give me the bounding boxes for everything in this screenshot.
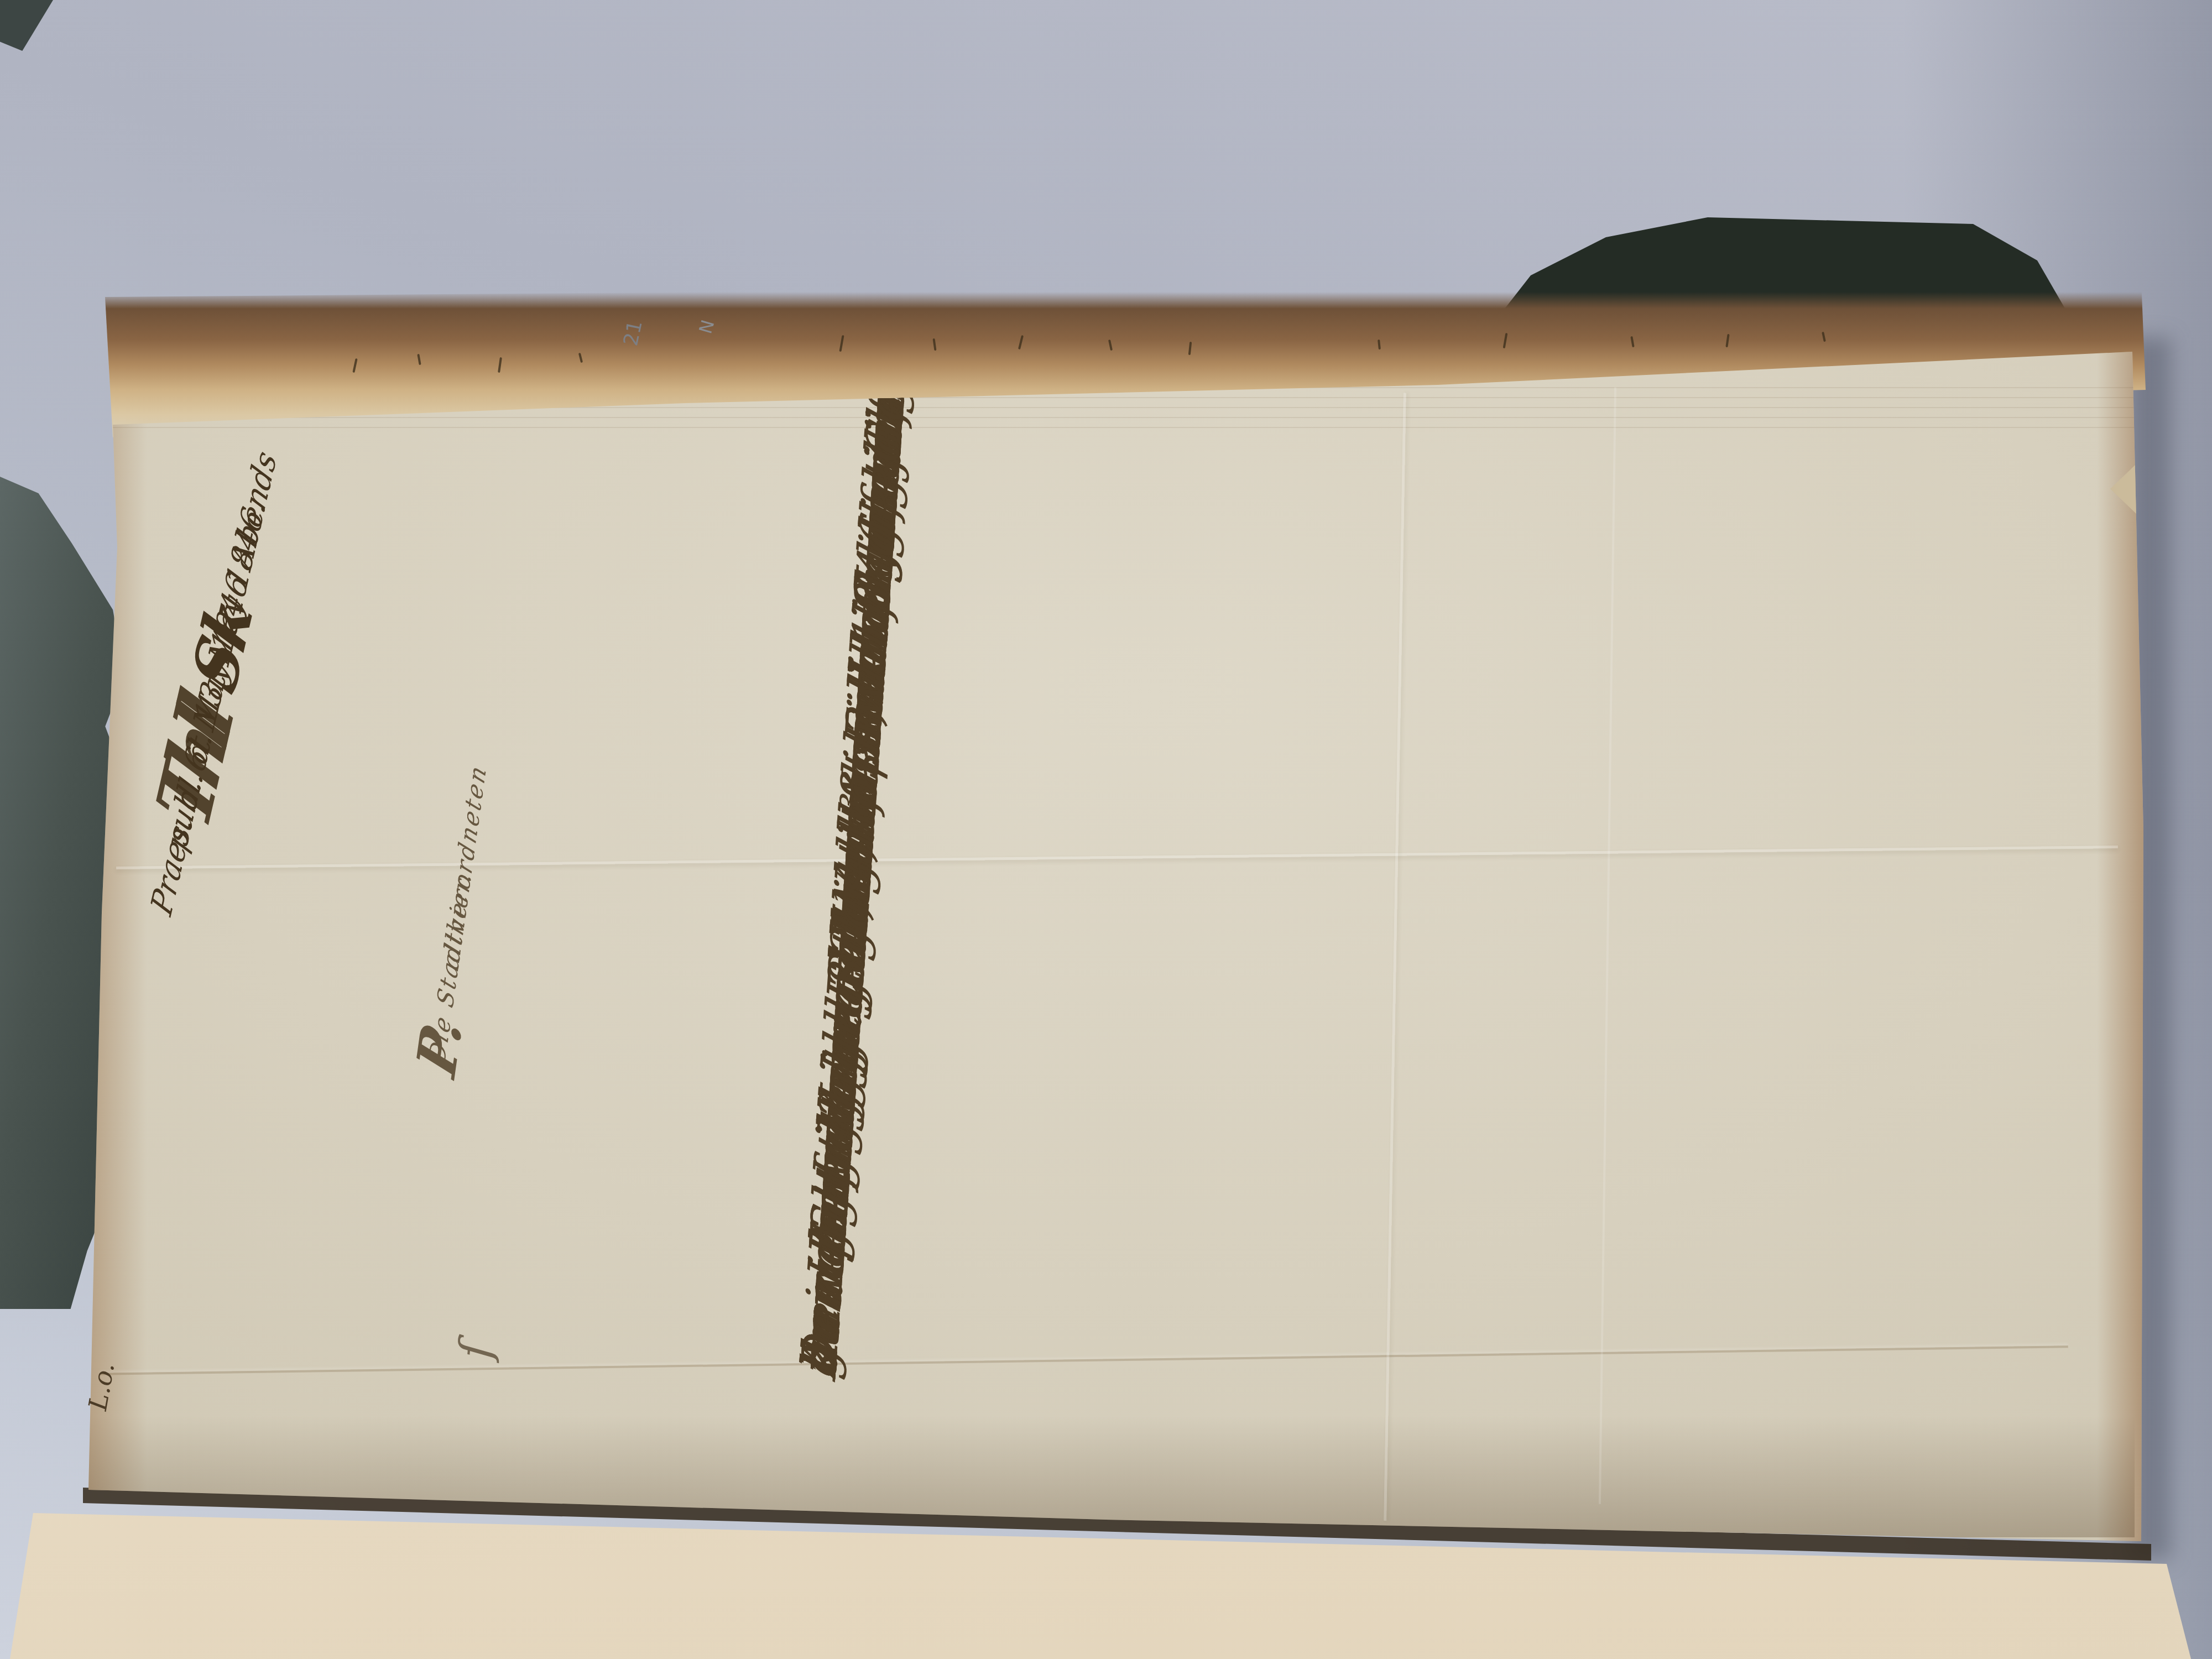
photo-of-manuscript: Praes. d. 6t May 1846 Abends Thll publ. … (0, 0, 2212, 1659)
registry-annotations: Praes. d. 6t May 1846 Abends Thll publ. … (135, 422, 463, 957)
letter-body: Den Stadtverordneten wird auf ihre Anzei… (791, 324, 1813, 1438)
address-line-2: allhier. (390, 964, 478, 1208)
address-docket: P. Die Stadtverordneten allhier. (390, 838, 622, 1225)
